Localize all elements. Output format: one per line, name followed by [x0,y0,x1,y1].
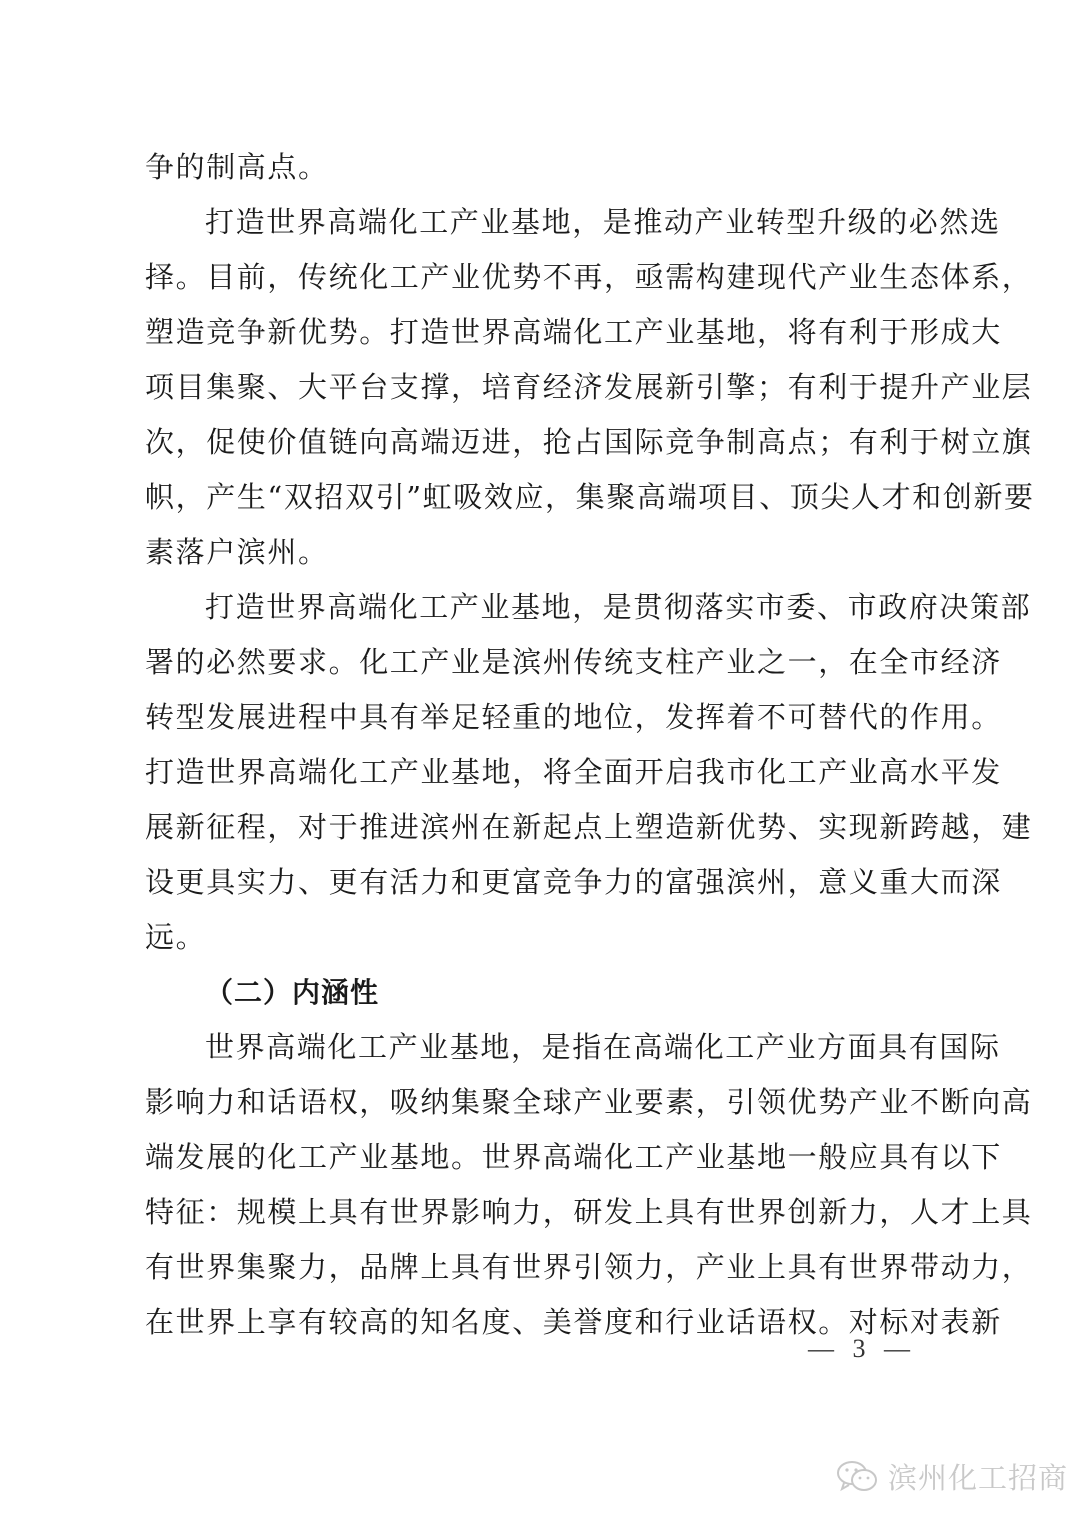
watermark: 滨州化工招商 [836,1456,1068,1497]
text-line: 转型发展进程中具有举足轻重的地位，发挥着不可替代的作用。 [145,690,941,745]
text-line: 有世界集聚力，品牌上具有世界引领力，产业上具有世界带动力， [145,1240,941,1295]
text-line: 争的制高点。 [145,140,941,195]
watermark-text: 滨州化工招商 [888,1456,1068,1497]
text-line: 打造世界高端化工产业基地，将全面开启我市化工产业高水平发 [145,745,941,800]
wechat-icon [836,1459,880,1495]
text-line: 影响力和话语权，吸纳集聚全球产业要素，引领优势产业不断向高 [145,1075,941,1130]
text-line: 帜，产生“双招双引”虹吸效应，集聚高端项目、顶尖人才和创新要 [145,470,941,525]
text-line: 项目集聚、大平台支撑，培育经济发展新引擎；有利于提升产业层 [145,360,941,415]
text-line: 远。 [145,910,941,965]
text-line: 素落户滨州。 [145,525,941,580]
text-line: 塑造竞争新优势。打造世界高端化工产业基地，将有利于形成大 [145,305,941,360]
page-number: — 3 — [808,1334,916,1364]
paragraphs-section-2: 世界高端化工产业基地，是指在高端化工产业方面具有国际影响力和话语权，吸纳集聚全球… [145,1020,941,1350]
text-line: 特征：规模上具有世界影响力，研发上具有世界创新力，人才上具 [145,1185,941,1240]
document-page: 争的制高点。打造世界高端化工产业基地，是推动产业转型升级的必然选择。目前，传统化… [145,140,941,1350]
text-line: 展新征程，对于推进滨州在新起点上塑造新优势、实现新跨越，建 [145,800,941,855]
text-line: 打造世界高端化工产业基地，是推动产业转型升级的必然选 [145,195,941,250]
text-line: 次，促使价值链向高端迈进，抢占国际竞争制高点；有利于树立旗 [145,415,941,470]
text-line: 设更具实力、更有活力和更富竞争力的富强滨州，意义重大而深 [145,855,941,910]
text-line: 端发展的化工产业基地。世界高端化工产业基地一般应具有以下 [145,1130,941,1185]
paragraphs-section-1: 争的制高点。打造世界高端化工产业基地，是推动产业转型升级的必然选择。目前，传统化… [145,140,941,965]
text-line: 署的必然要求。化工产业是滨州传统支柱产业之一，在全市经济 [145,635,941,690]
text-line: 择。目前，传统化工产业优势不再，亟需构建现代产业生态体系， [145,250,941,305]
text-line: 打造世界高端化工产业基地，是贯彻落实市委、市政府决策部 [145,580,941,635]
section-heading: （二）内涵性 [145,965,941,1020]
text-line: 世界高端化工产业基地，是指在高端化工产业方面具有国际 [145,1020,941,1075]
